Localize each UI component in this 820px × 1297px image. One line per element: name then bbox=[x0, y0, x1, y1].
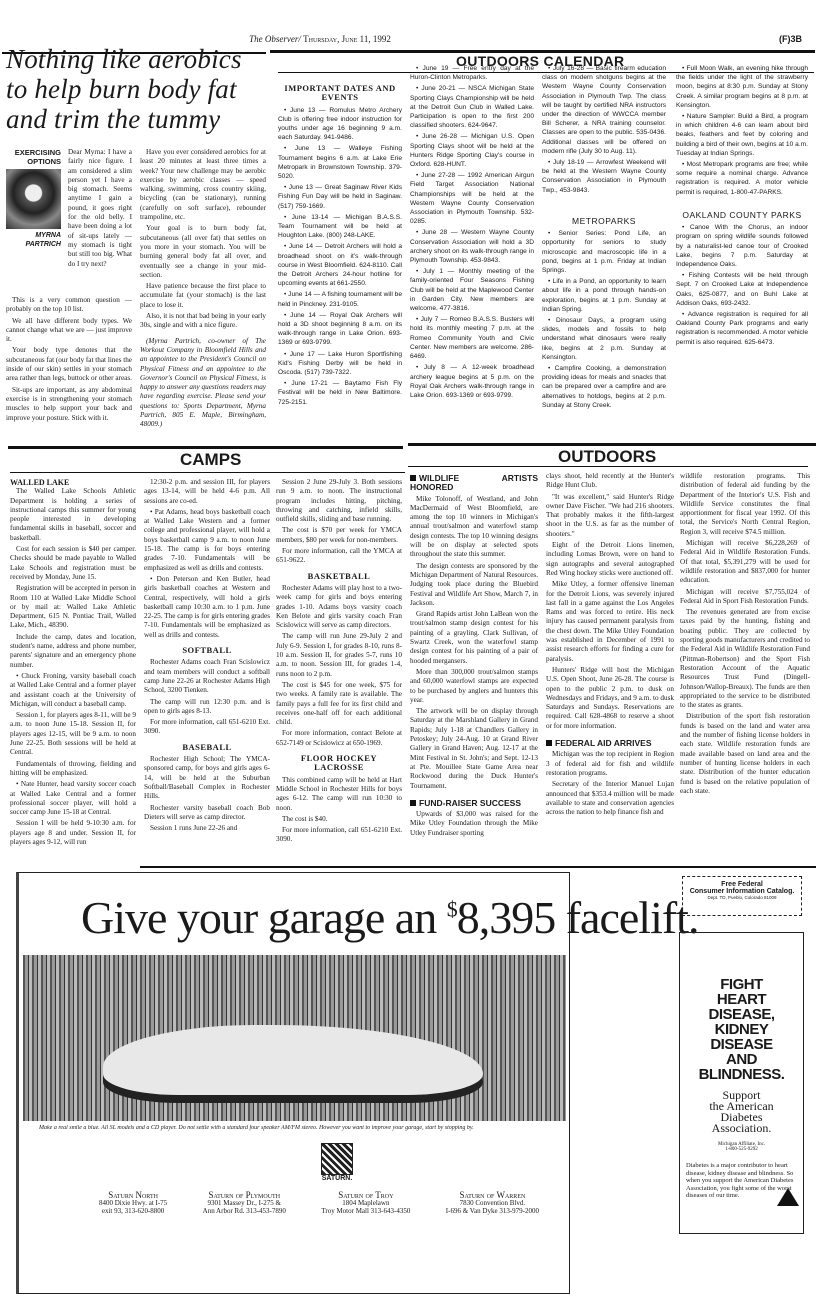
paragraph: Have patience because the first place to… bbox=[140, 282, 266, 310]
calendar-item: • July 8 — A 12-week broadhead archery l… bbox=[410, 363, 534, 400]
story-headline: Nothing like aerobics to help burn body … bbox=[6, 44, 268, 134]
headline-line: HEART bbox=[680, 992, 803, 1007]
paragraph: Session 1, for players ages 8-11, will b… bbox=[10, 711, 136, 757]
outdoors-col-3: wildlife restoration programs. This dist… bbox=[680, 472, 810, 798]
paragraph: The Walled Lake Schools Athletic Departm… bbox=[10, 487, 136, 543]
calendar-item: • July 1 — Monthly meeting of the family… bbox=[410, 267, 534, 313]
dealer-phone: Troy Motor Mall 313-643-4350 bbox=[321, 1207, 410, 1215]
calendar-item: • June 13-14 — Michigan B.A.S.S. Team To… bbox=[278, 213, 402, 241]
paragraph: Session 1 runs June 22-26 and bbox=[144, 824, 270, 833]
dealer-phone: exit 93, 313-620-8800 bbox=[99, 1207, 167, 1215]
headline-text: facelift. bbox=[555, 892, 698, 943]
calendar-col-4: • Full Moon Walk, an evening hike throug… bbox=[676, 64, 808, 349]
calendar-item: • Life in a Pond, an opportunity to lear… bbox=[542, 277, 666, 314]
calendar-item: • Senior Series: Pond Life, an opportuni… bbox=[542, 229, 666, 275]
column-label-box: EXERCISING OPTIONS MYRNA PARTRICH bbox=[6, 148, 61, 249]
calendar-col-2: • June 19 — Free entry day at the Huron-… bbox=[410, 64, 534, 402]
calendar-col-1: IMPORTANT DATES AND EVENTS • June 13 — R… bbox=[278, 78, 402, 409]
calendar-item: • Dinosaur Days, a program using slides,… bbox=[542, 316, 666, 362]
catalog-ad: Free Federal Consumer Information Catalo… bbox=[682, 876, 802, 916]
bullet-square-icon bbox=[410, 475, 416, 481]
paragraph: More than 300,000 trout/salmon stamps an… bbox=[410, 668, 538, 705]
dealer-plymouth: Saturn of Plymouth9301 Massey Dr., I-275… bbox=[203, 1191, 286, 1215]
paragraph: Fundamentals of throwing, fielding and h… bbox=[10, 760, 136, 779]
calendar-item: • July 7 — Romeo B.A.S.S. Busters will h… bbox=[410, 315, 534, 361]
paragraph: Include the camp, dates and location, st… bbox=[10, 633, 136, 670]
paragraph: clays shoot, held recently at the Hunter… bbox=[546, 472, 674, 491]
calendar-item: • Most Metropark programs are free; whil… bbox=[676, 160, 808, 197]
calendar-item: • June 14 — Detroit Archers will hold a … bbox=[278, 242, 402, 288]
camps-subhead: WALLED LAKE bbox=[10, 478, 136, 487]
paragraph: The revenues generated are from excise t… bbox=[680, 608, 810, 710]
outdoors-title: OUTDOORS bbox=[558, 447, 656, 467]
calendar-item: • June 17-21 — Baytamo Fish Fly Festival… bbox=[278, 379, 402, 407]
story-kicker: FEDERAL AID ARRIVES bbox=[546, 739, 674, 748]
dealer-address: 8400 Dixie Hwy. at I-75 bbox=[99, 1199, 167, 1207]
author-photo bbox=[6, 169, 61, 229]
paragraph: Distribution of the sport fish restorati… bbox=[680, 712, 810, 796]
aerobics-col-2: Have you ever considered aerobics for at… bbox=[140, 148, 266, 432]
author-bio: (Myrna Partrich, co-owner of The Workout… bbox=[140, 337, 266, 430]
paragraph: The cost is $45 for one week, $75 for tw… bbox=[276, 681, 402, 727]
saturn-logo-icon bbox=[321, 1143, 353, 1175]
paragraph: • Nate Hunter, head varsity soccer coach… bbox=[10, 780, 136, 817]
dealer-address: 7830 Convention Blvd. bbox=[446, 1199, 539, 1207]
paragraph: Michigan was the top recipient in Region… bbox=[546, 750, 674, 778]
paragraph: Cost for each session is $40 per camper.… bbox=[10, 545, 136, 582]
calendar-item: • June 19 — Free entry day at the Huron-… bbox=[410, 64, 534, 82]
camps-subhead: FLOOR HOCKEY LACROSSE bbox=[299, 754, 379, 773]
paragraph: Mike Utley, a former offensive lineman f… bbox=[546, 580, 674, 664]
price: 8,395 bbox=[457, 892, 556, 943]
paragraph: The cost is $70 per week for YMCA member… bbox=[276, 526, 402, 545]
paragraph: For more information, call the YMCA at 6… bbox=[276, 547, 402, 566]
paragraph: wildlife restoration programs. This dist… bbox=[680, 472, 810, 537]
paragraph: Have you ever considered aerobics for at… bbox=[140, 148, 266, 222]
letter-text: Dear Myrna: I have a fairly nice figure.… bbox=[68, 148, 132, 271]
camps-top-rule bbox=[8, 446, 403, 449]
paragraph: Also, it is not that bad being in your e… bbox=[140, 312, 266, 331]
dealer-list: Saturn North8400 Dixie Hwy. at I-75exit … bbox=[99, 1191, 539, 1215]
masthead-dateline: The Observer/ Thursday, June 11, 1992 bbox=[200, 34, 440, 44]
ad-headline: Give your garage an $8,395 facelift. bbox=[81, 891, 698, 944]
ad-top-rule bbox=[140, 866, 816, 868]
diabetes-body: Diabetes is a major contributor to heart… bbox=[686, 1162, 799, 1200]
page-number: (F)3B bbox=[779, 34, 802, 44]
paragraph: • Pat Adams, head boys basketball coach … bbox=[144, 508, 270, 573]
paragraph: Michigan will receive $7,755,024 of Fede… bbox=[680, 588, 810, 607]
headline-text: Give your garage an bbox=[81, 892, 447, 943]
paragraph: The camp will run June 29-July 2 and Jul… bbox=[276, 632, 402, 678]
calendar-item: • June 13 — Romulus Metro Archery Club i… bbox=[278, 106, 402, 143]
car-silhouette bbox=[103, 1025, 483, 1095]
paragraph: This is a very common question — probabl… bbox=[6, 296, 132, 315]
saturn-ad: Give your garage an $8,395 facelift. Mak… bbox=[16, 872, 570, 1294]
story-kicker: WILDLIFE ARTISTS HONORED bbox=[410, 474, 538, 493]
paragraph: Secretary of the Interior Manuel Lujan a… bbox=[546, 780, 674, 817]
kicker-text: FEDERAL AID ARRIVES bbox=[555, 738, 652, 748]
bullet-square-icon bbox=[546, 740, 552, 746]
car-photo bbox=[23, 955, 566, 1121]
paragraph: Rochester Adams will play host to a two-… bbox=[276, 584, 402, 630]
paragraph: Eight of the Detroit Lions linemen, incl… bbox=[546, 541, 674, 578]
paragraph: Rochester High School; The YMCA-sponsore… bbox=[144, 755, 270, 801]
calendar-subhead: METROPARKS bbox=[542, 217, 666, 226]
calendar-item: • Fishing Contests will be held through … bbox=[676, 271, 808, 308]
dealer-name: Saturn of Troy bbox=[321, 1191, 410, 1199]
column-label: EXERCISING OPTIONS bbox=[6, 148, 61, 166]
price-dollar: $ bbox=[447, 897, 457, 922]
calendar-item: • June 17 — Lake Huron Sportfishing Kid'… bbox=[278, 350, 402, 378]
calendar-item: • Full Moon Walk, an evening hike throug… bbox=[676, 64, 808, 110]
camps-subhead: BASKETBALL bbox=[276, 572, 402, 581]
dealer-troy: Saturn of Troy1804 MaplelawnTroy Motor M… bbox=[321, 1191, 410, 1215]
paragraph: For more information, call 651-6210 Ext.… bbox=[144, 718, 270, 737]
aerobics-story: Nothing like aerobics to help burn body … bbox=[6, 44, 268, 134]
calendar-item: • June 20-21 — NSCA Michigan State Sport… bbox=[410, 84, 534, 130]
paragraph: Session 2 June 29-July 3. Both sessions … bbox=[276, 478, 402, 524]
dealer-phone: Ann Arbor Rd. 313-453-7890 bbox=[203, 1207, 286, 1215]
camps-title: CAMPS bbox=[180, 450, 241, 470]
paragraph: "It was excellent," said Hunter's Ridge … bbox=[546, 493, 674, 539]
calendar-subhead: OAKLAND COUNTY PARKS bbox=[676, 211, 808, 220]
paragraph: We all have different body types. We can… bbox=[6, 317, 132, 345]
reader-letter: Dear Myrna: I have a fairly nice figure.… bbox=[68, 148, 132, 269]
calendar-col-3: • July 16-28 — Basic firearm education c… bbox=[542, 64, 666, 412]
dealer-name: Saturn of Plymouth bbox=[203, 1191, 286, 1199]
dealer-north: Saturn North8400 Dixie Hwy. at I-75exit … bbox=[99, 1191, 167, 1215]
paragraph: Registration will be accepted in person … bbox=[10, 584, 136, 630]
paragraph: This combined camp will be held at Hart … bbox=[276, 776, 402, 813]
paragraph: 12:30-2 p.m. and session III, for player… bbox=[144, 478, 270, 506]
calendar-item: • Nature Sampler: Build a Bird, a progra… bbox=[676, 112, 808, 158]
paragraph: Sit-ups are important, as any abdominal … bbox=[6, 386, 132, 423]
dealer-name: Saturn of Warren bbox=[446, 1191, 539, 1199]
paragraph: Hunters' Ridge will host the Michigan U.… bbox=[546, 666, 674, 731]
paragraph: • Chuck Froning, varsity baseball coach … bbox=[10, 672, 136, 709]
calendar-item: • June 26-28 — Michigan U.S. Open Sporti… bbox=[410, 132, 534, 169]
paper-name: The Observer/ bbox=[249, 34, 301, 44]
paragraph: The cost is $40. bbox=[276, 815, 402, 824]
calendar-item: • June 14 — Royal Oak Archers will hold … bbox=[278, 311, 402, 348]
headline-line: DISEASE, bbox=[680, 1007, 803, 1022]
dealer-warren: Saturn of Warren7830 Convention Blvd.I-6… bbox=[446, 1191, 539, 1215]
calendar-item: • Campfire Cooking, a demonstration prov… bbox=[542, 364, 666, 410]
paragraph: For more information, call 651-6210 Ext.… bbox=[276, 826, 402, 845]
headline-line: BLINDNESS. bbox=[680, 1067, 803, 1082]
affiliate-phone: 1-800-525-9292 bbox=[680, 1147, 803, 1152]
issue-date: Thursday, June 11, 1992 bbox=[303, 34, 391, 44]
headline-line: KIDNEY bbox=[680, 1022, 803, 1037]
camps-col-2: 12:30-2 p.m. and session III, for player… bbox=[144, 478, 270, 835]
kicker-text: FUND-RAISER SUCCESS bbox=[419, 798, 521, 808]
bullet-square-icon bbox=[410, 800, 416, 806]
calendar-item: • Advance registration is required for a… bbox=[676, 310, 808, 347]
paragraph: Rochester varsity baseball coach Bob Die… bbox=[144, 804, 270, 823]
calendar-subhead: IMPORTANT DATES AND EVENTS bbox=[278, 84, 402, 103]
dealer-address: 1804 Maplelawn bbox=[321, 1199, 410, 1207]
calendar-item: • June 14 — A fishing tournament will be… bbox=[278, 290, 402, 308]
outdoors-sub-rule bbox=[408, 466, 808, 467]
paragraph: The design contests are sponsored by the… bbox=[410, 562, 538, 608]
support-line: Association. bbox=[680, 1123, 803, 1134]
outdoors-col-1: WILDLIFE ARTISTS HONORED Mike Tolonoff, … bbox=[410, 470, 538, 840]
calendar-item: • Canoe With the Chorus, an indoor progr… bbox=[676, 223, 808, 269]
calendar-item: • July 18-19 — Arrowfest Weekend will be… bbox=[542, 158, 666, 195]
calendar-item: • June 13 — Great Saginaw River Kids Fis… bbox=[278, 183, 402, 211]
story-kicker: FUND-RAISER SUCCESS bbox=[410, 799, 538, 808]
calendar-item: • July 16-28 — Basic firearm education c… bbox=[542, 64, 666, 156]
ad-caption: Make a real smile a blue. All SL models … bbox=[39, 1125, 559, 1131]
support-text: Support the American Diabetes Associatio… bbox=[680, 1090, 803, 1134]
headline-line: DISEASE bbox=[680, 1037, 803, 1052]
paragraph: The camp will run 12:30 p.m. and is open… bbox=[144, 698, 270, 717]
saturn-logo: SATURN. bbox=[319, 1143, 355, 1182]
camps-subhead: BASEBALL bbox=[144, 743, 270, 752]
paragraph: Your body type denotes that the subcutan… bbox=[6, 346, 132, 383]
paragraph: Grand Rapids artist John LaBean won the … bbox=[410, 610, 538, 666]
headline-line: FIGHT bbox=[680, 977, 803, 992]
paragraph: Session I will be held 9-10:30 a.m. for … bbox=[10, 819, 136, 847]
dealer-name: Saturn North bbox=[99, 1191, 167, 1199]
outdoors-col-2: clays shoot, held recently at the Hunter… bbox=[546, 472, 674, 819]
calendar-item: • June 27-28 — 1992 American Airgun Fiel… bbox=[410, 171, 534, 226]
ada-triangle-icon bbox=[777, 1188, 799, 1206]
dealer-address: 9301 Massey Dr., I-275 & bbox=[203, 1199, 286, 1207]
headline-line: AND bbox=[680, 1052, 803, 1067]
kicker-text: WILDLIFE ARTISTS HONORED bbox=[410, 473, 538, 492]
catalog-address: Dept. TD, Pueblo, Colorado 81009 bbox=[683, 895, 801, 900]
camps-col-1: WALLED LAKE The Walled Lake Schools Athl… bbox=[10, 478, 136, 849]
aerobics-col-1: This is a very common question — probabl… bbox=[6, 296, 132, 425]
paragraph: The artwork will be on display through S… bbox=[410, 707, 538, 791]
camps-sub-rule bbox=[10, 472, 405, 473]
dealer-phone: I-696 & Van Dyke 313-979-2000 bbox=[446, 1207, 539, 1215]
paragraph: Mike Tolonoff, of Westland, and John Mac… bbox=[410, 495, 538, 560]
paragraph: • Don Peterson and Ken Butler, head girl… bbox=[144, 575, 270, 640]
paragraph: Michigan will receive $6,228,269 of Fede… bbox=[680, 539, 810, 585]
calendar-item: • June 13 — Walleye Fishing Tournament b… bbox=[278, 144, 402, 181]
diabetes-ad: FIGHT HEART DISEASE, KIDNEY DISEASE AND … bbox=[679, 932, 804, 1234]
brand-name: SATURN. bbox=[319, 1175, 355, 1182]
diabetes-headline: FIGHT HEART DISEASE, KIDNEY DISEASE AND … bbox=[680, 977, 803, 1082]
calendar-item: • June 28 — Western Wayne County Conserv… bbox=[410, 228, 534, 265]
paragraph: Your goal is to burn body fat, subcutane… bbox=[140, 224, 266, 280]
catalog-line: Free Federal bbox=[683, 881, 801, 888]
paragraph: For more information, contact Belote at … bbox=[276, 729, 402, 748]
paragraph: Upwards of $3,000 was raised for the Mik… bbox=[410, 810, 538, 838]
byline: MYRNA PARTRICH bbox=[6, 231, 61, 249]
catalog-line: Consumer Information Catalog. bbox=[683, 888, 801, 895]
camps-col-3: Session 2 June 29-July 3. Both sessions … bbox=[276, 478, 402, 847]
paragraph: Rochester Adams coach Fran Scislowicz an… bbox=[144, 658, 270, 695]
camps-subhead: SOFTBALL bbox=[144, 646, 270, 655]
outdoors-top-rule bbox=[408, 443, 816, 446]
